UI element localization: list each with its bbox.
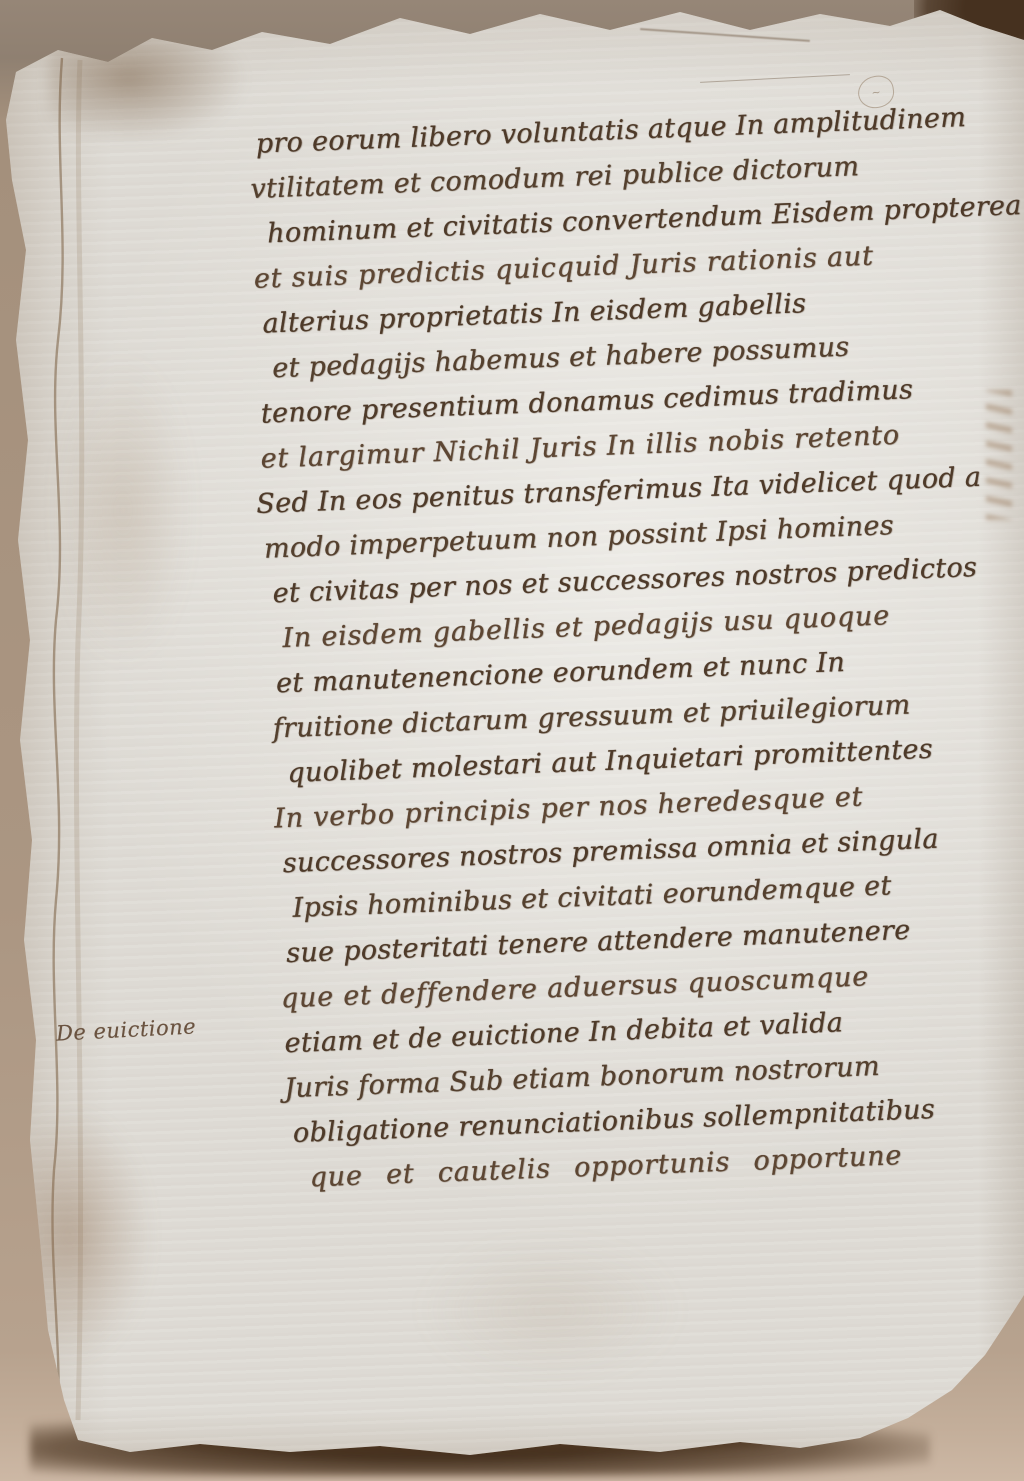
paper-stain-left-lower — [0, 1110, 150, 1360]
gutter-crease-line — [0, 0, 120, 1481]
paper-stain-left-middle — [58, 360, 188, 660]
paper-scratch-2 — [700, 74, 850, 83]
paper-scratch — [640, 28, 810, 42]
text-block: pro eorum libero voluntatis atque In amp… — [248, 96, 988, 1202]
manuscript-photo: pro eorum libero voluntatis atque In amp… — [0, 0, 1024, 1481]
paper-stain-right-edge — [986, 390, 1012, 520]
paper-stain-top-left — [48, 34, 248, 144]
paper-stain-bottom — [420, 1240, 680, 1380]
